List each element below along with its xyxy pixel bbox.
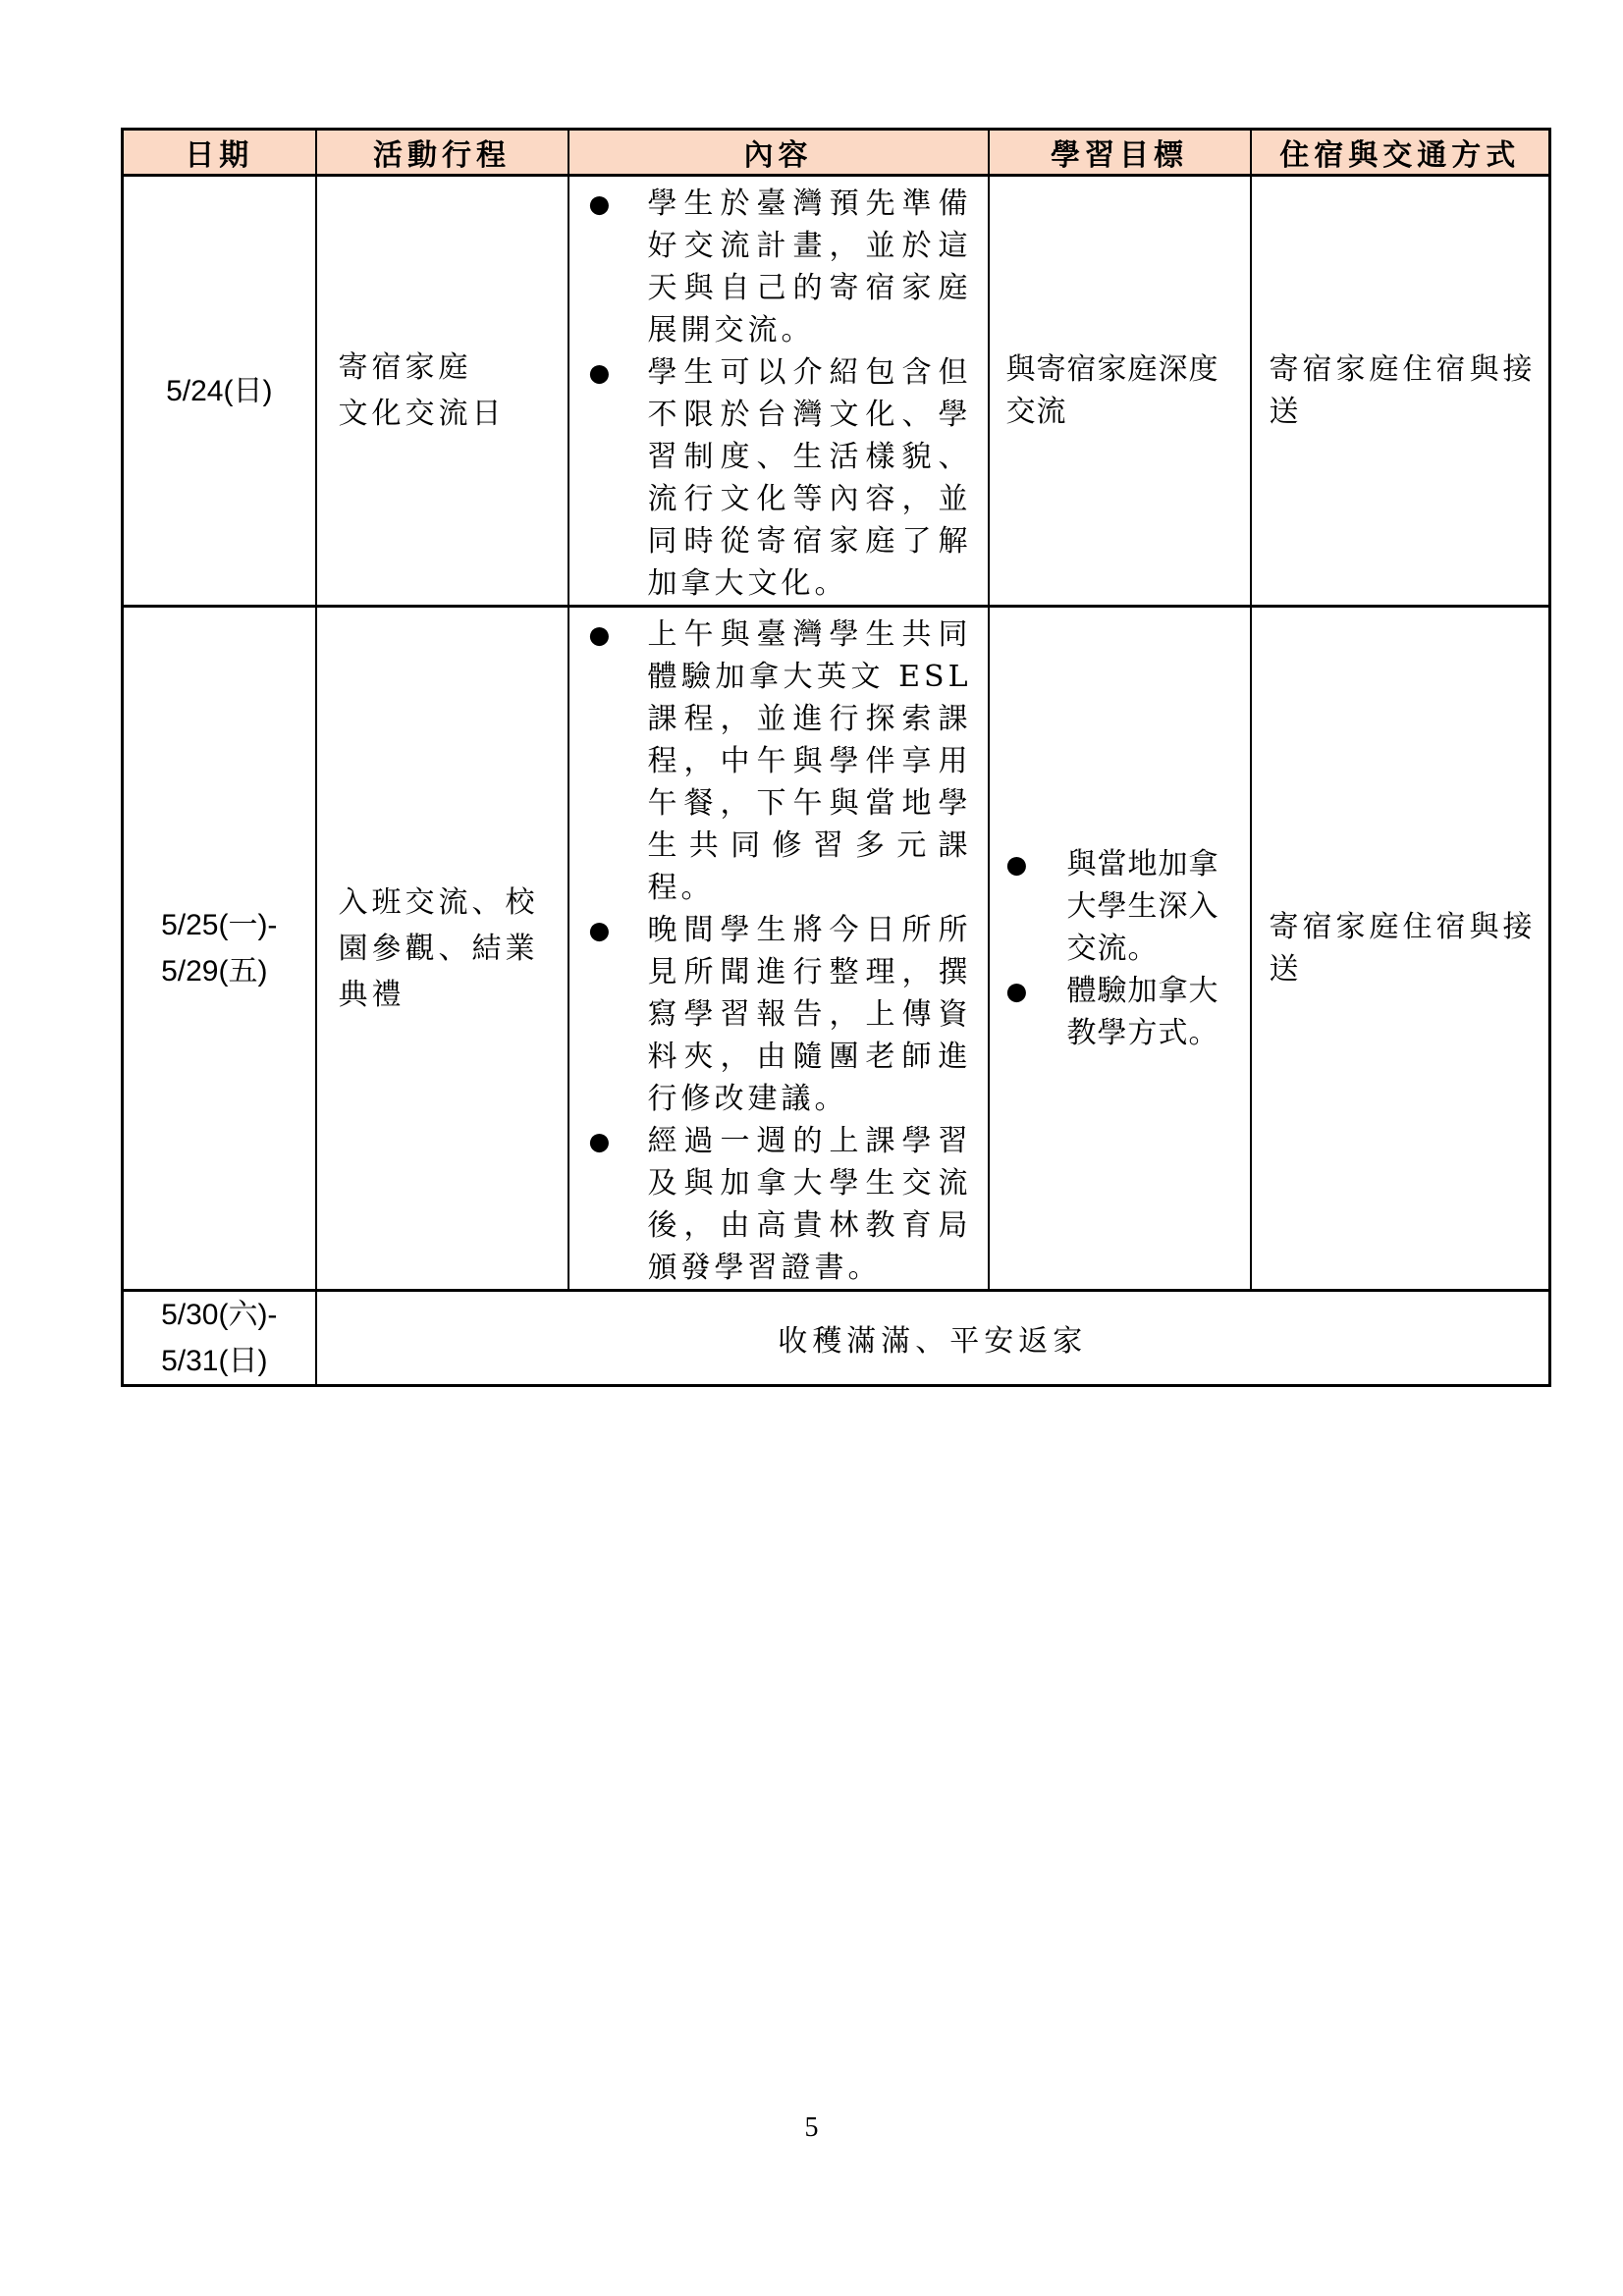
- lodging-cell: 寄宿家庭住宿與接送: [1251, 607, 1550, 1291]
- list-item: ● 上午與臺灣學生共同體驗加拿大英文 ESL 課程，並進行探索課程，中午與學伴享…: [589, 614, 972, 909]
- merged-note-text: 收穫滿滿、平安返家: [317, 1316, 1549, 1360]
- table-row: 5/24(日) 寄宿家庭 文化交流日 ● 學生於臺灣預先準備好交流計畫，並於這天…: [123, 176, 1550, 607]
- bullet-icon: ●: [589, 909, 648, 951]
- list-item: ● 經過一週的上課學習及與加拿大學生交流後，由高貴林教育局頒發學習證書。: [589, 1120, 972, 1289]
- content-text: 上午與臺灣學生共同體驗加拿大英文 ESL 課程，並進行探索課程，中午與學伴享用午…: [648, 614, 972, 909]
- lodging-cell: 寄宿家庭住宿與接送: [1251, 176, 1550, 607]
- table-header-row: 日期 活動行程 內容 學習目標 住宿與交通方式: [123, 130, 1550, 176]
- bullet-icon: ●: [589, 351, 648, 394]
- document-page: 日期 活動行程 內容 學習目標 住宿與交通方式 5/24(日) 寄宿家庭 文化交…: [0, 0, 1623, 2296]
- lodging-text: 寄宿家庭住宿與接送: [1270, 906, 1542, 990]
- list-item: ● 體驗加拿大教學方式。: [1006, 970, 1244, 1054]
- date-text: 5/24(日): [166, 368, 272, 414]
- bullet-icon: ●: [589, 183, 648, 225]
- content-text: 晚間學生將今日所所見所聞進行整理，撰寫學習報告，上傳資料夾，由隨團老師進行修改建…: [648, 909, 972, 1120]
- activity-cell: 入班交流、校園參觀、結業典禮: [316, 607, 568, 1291]
- date-cell: 5/25(一)- 5/29(五): [123, 607, 316, 1291]
- lodging-text: 寄宿家庭住宿與接送: [1270, 348, 1542, 433]
- activity-cell: 寄宿家庭 文化交流日: [316, 176, 568, 607]
- bullet-icon: ●: [589, 614, 648, 656]
- bullet-icon: ●: [1006, 843, 1067, 885]
- activity-text: 入班交流、校園參觀、結業典禮: [339, 880, 548, 1018]
- activity-text: 寄宿家庭 文化交流日: [339, 345, 548, 437]
- content-text: 經過一週的上課學習及與加拿大學生交流後，由高貴林教育局頒發學習證書。: [648, 1120, 972, 1289]
- table-row: 5/30(六)- 5/31(日) 收穫滿滿、平安返家: [123, 1291, 1550, 1386]
- col-header-activity: 活動行程: [316, 130, 568, 176]
- date-cell: 5/24(日): [123, 176, 316, 607]
- list-item: ● 學生可以介紹包含但不限於台灣文化、學習制度、生活樣貌、流行文化等內容，並同時…: [589, 351, 972, 605]
- col-header-lodging: 住宿與交通方式: [1251, 130, 1550, 176]
- date-cell: 5/30(六)- 5/31(日): [123, 1291, 316, 1386]
- objective-text: 與當地加拿大學生深入交流。: [1067, 843, 1238, 970]
- col-header-date: 日期: [123, 130, 316, 176]
- bullet-icon: ●: [1006, 970, 1067, 1012]
- content-cell: ● 上午與臺灣學生共同體驗加拿大英文 ESL 課程，並進行探索課程，中午與學伴享…: [568, 607, 989, 1291]
- bullet-icon: ●: [589, 1120, 648, 1162]
- merged-note-cell: 收穫滿滿、平安返家: [316, 1291, 1550, 1386]
- objective-cell: 與寄宿家庭深度交流: [989, 176, 1251, 607]
- content-cell: ● 學生於臺灣預先準備好交流計畫，並於這天與自己的寄宿家庭展開交流。 ● 學生可…: [568, 176, 989, 607]
- schedule-table: 日期 活動行程 內容 學習目標 住宿與交通方式 5/24(日) 寄宿家庭 文化交…: [121, 128, 1551, 1387]
- date-text: 5/25(一)- 5/29(五): [161, 902, 277, 994]
- list-item: ● 晚間學生將今日所所見所聞進行整理，撰寫學習報告，上傳資料夾，由隨團老師進行修…: [589, 909, 972, 1120]
- col-header-content: 內容: [568, 130, 989, 176]
- page-number: 5: [0, 2112, 1623, 2144]
- table-row: 5/25(一)- 5/29(五) 入班交流、校園參觀、結業典禮 ● 上午與臺灣學…: [123, 607, 1550, 1291]
- col-header-objective: 學習目標: [989, 130, 1251, 176]
- content-text: 學生可以介紹包含但不限於台灣文化、學習制度、生活樣貌、流行文化等內容，並同時從寄…: [648, 351, 972, 605]
- content-text: 學生於臺灣預先準備好交流計畫，並於這天與自己的寄宿家庭展開交流。: [648, 183, 972, 351]
- date-text: 5/30(六)- 5/31(日): [161, 1292, 277, 1384]
- list-item: ● 與當地加拿大學生深入交流。: [1006, 843, 1244, 970]
- objective-text: 體驗加拿大教學方式。: [1067, 970, 1238, 1054]
- objective-text: 與寄宿家庭深度交流: [1006, 348, 1230, 433]
- list-item: ● 學生於臺灣預先準備好交流計畫，並於這天與自己的寄宿家庭展開交流。: [589, 183, 972, 351]
- objective-cell: ● 與當地加拿大學生深入交流。 ● 體驗加拿大教學方式。: [989, 607, 1251, 1291]
